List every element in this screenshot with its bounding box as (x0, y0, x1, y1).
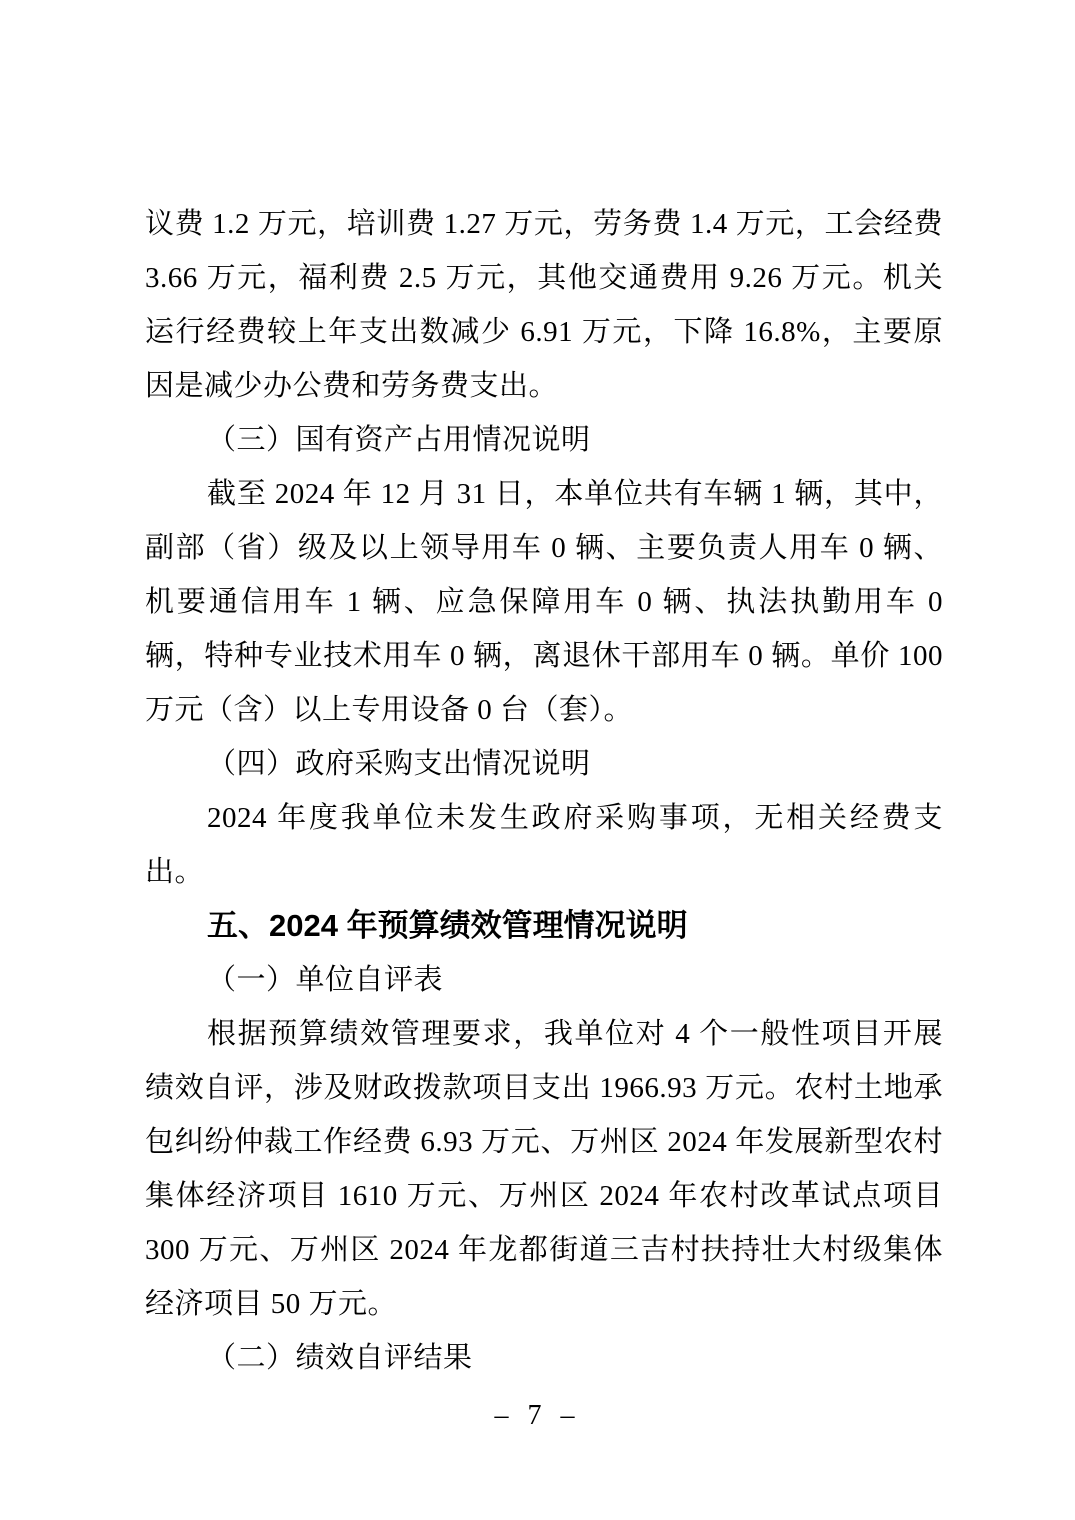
paragraph: 议费 1.2 万元，培训费 1.27 万元，劳务费 1.4 万元，工会经费 3.… (145, 197, 943, 413)
paragraph: （四）政府采购支出情况说明 (145, 737, 943, 791)
paragraph: 截至 2024 年 12 月 31 日，本单位共有车辆 1 辆，其中，副部（省）… (145, 467, 943, 737)
document-body: 议费 1.2 万元，培训费 1.27 万元，劳务费 1.4 万元，工会经费 3.… (145, 197, 943, 1385)
paragraph: （一）单位自评表 (145, 953, 943, 1007)
section-heading: 五、2024 年预算绩效管理情况说明 (145, 899, 943, 953)
paragraph: （二）绩效自评结果 (145, 1331, 943, 1385)
paragraph: （三）国有资产占用情况说明 (145, 413, 943, 467)
paragraph: 2024 年度我单位未发生政府采购事项，无相关经费支出。 (145, 791, 943, 899)
document-page: 议费 1.2 万元，培训费 1.27 万元，劳务费 1.4 万元，工会经费 3.… (0, 0, 1075, 1520)
paragraph: 根据预算绩效管理要求，我单位对 4 个一般性项目开展绩效自评，涉及财政拨款项目支… (145, 1007, 943, 1331)
page-number: – 7 – (0, 1396, 1075, 1436)
